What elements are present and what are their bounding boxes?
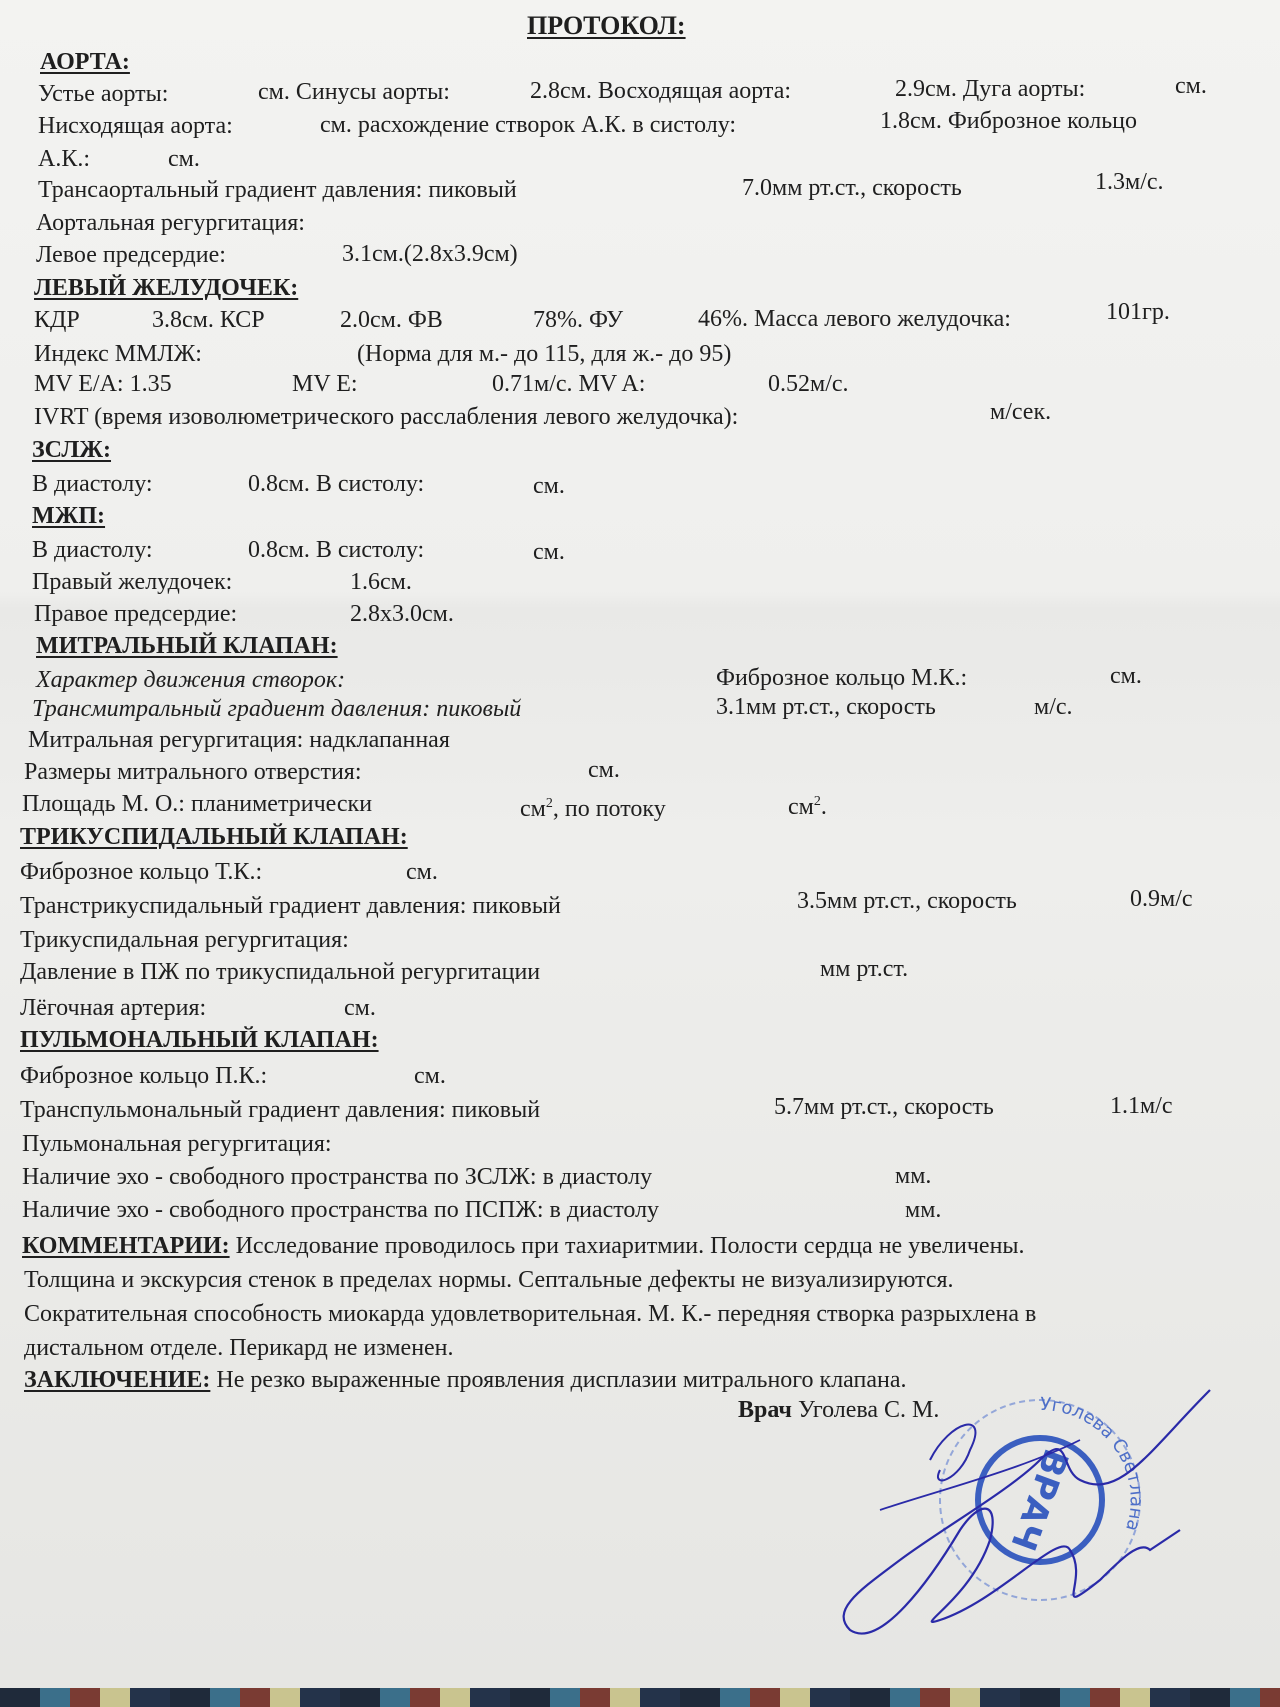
- echo-free-space-rv-label: Наличие эхо - свободного пространства по…: [22, 1196, 659, 1224]
- ivs-systole-unit: см.: [533, 538, 565, 566]
- tricuspid-ring-label: Фиброзное кольцо Т.К.:: [20, 858, 262, 886]
- mitral-orifice-unit: см.: [588, 756, 620, 784]
- mv-e-label: MV E:: [292, 370, 358, 398]
- aortic-regurgitation-label: Аортальная регургитация:: [36, 209, 305, 237]
- mitral-regurgitation: Митральная регургитация: надклапанная: [28, 726, 450, 754]
- transmitral-velocity-unit: м/с.: [1034, 693, 1073, 721]
- aorta-arch-unit: см.: [1175, 72, 1207, 100]
- transmitral-gradient-label: Трансмитральный градиент давления: пиков…: [32, 695, 521, 723]
- tricuspid-ring-unit: см.: [406, 858, 438, 886]
- section-heading-ivs: МЖП:: [32, 502, 105, 530]
- protocol-sheet: ПРОТОКОЛ: АОРТА: Устье аорты: см. Синусы…: [0, 0, 1280, 1690]
- mv-ea-ratio: MV E/A: 1.35: [34, 370, 172, 398]
- right-ventricle-label: Правый желудочек:: [32, 568, 232, 596]
- aorta-descending-unit: см. расхождение створок А.К. в систолу:: [320, 111, 736, 139]
- mitral-area-label: Площадь М. О.: планиметрически: [22, 790, 372, 818]
- comments-line-1: КОММЕНТАРИИ: Исследование проводилось пр…: [22, 1232, 1025, 1260]
- lv-mass-value: 101гр.: [1106, 298, 1170, 326]
- right-atrium-label: Правое предсердие:: [34, 600, 237, 628]
- comments-line-2: Толщина и экскурсия стенок в пределах но…: [24, 1266, 954, 1294]
- right-atrium-value: 2.8x3.0см.: [350, 600, 454, 628]
- transaortic-velocity: 1.3м/с.: [1095, 168, 1164, 196]
- mitral-orifice-label: Размеры митрального отверстия:: [24, 758, 362, 786]
- echo-free-space-lvpw-unit: мм.: [895, 1162, 931, 1190]
- echo-free-space-rv-unit: мм.: [905, 1196, 941, 1224]
- tricuspid-regurgitation-label: Трикуспидальная регургитация:: [20, 926, 349, 954]
- lv-fs-value: 46%. Масса левого желудочка:: [698, 305, 1011, 333]
- signature-role: Врач: [738, 1397, 792, 1423]
- pulmonary-regurgitation-label: Пульмональная регургитация:: [22, 1130, 332, 1158]
- pulmonary-artery-unit: см.: [344, 994, 376, 1022]
- pulmonary-ring-label: Фиброзное кольцо П.К.:: [20, 1062, 267, 1090]
- transtricuspid-gradient-label: Транстрикуспидальный градиент давления: …: [20, 892, 561, 920]
- pulmonary-artery-label: Лёгочная артерия:: [20, 994, 206, 1022]
- aorta-ascending-value: 2.9см. Дуга аорты:: [895, 75, 1085, 103]
- lvpw-diastole-value: 0.8см. В систолу:: [248, 470, 424, 498]
- transaortic-gradient-value: 7.0мм рт.ст., скорость: [742, 174, 962, 202]
- mitral-ring-unit: см.: [1110, 662, 1142, 690]
- mv-a-value: 0.52м/с.: [768, 370, 849, 398]
- section-heading-lv-posterior-wall: ЗСЛЖ:: [32, 436, 111, 464]
- mitral-area-flow-unit: см2.: [788, 788, 827, 821]
- transaortic-gradient-label: Трансаортальный градиент давления: пиков…: [38, 176, 517, 204]
- mitral-ring-label: Фиброзное кольцо М.К.:: [716, 664, 967, 692]
- transtricuspid-gradient-value: 3.5мм рт.ст., скорость: [797, 887, 1017, 915]
- aorta-valve-separation-value: 1.8см. Фиброзное кольцо: [880, 107, 1137, 135]
- section-heading-aorta: АОРТА:: [40, 48, 130, 76]
- left-atrium-value: 3.1см.(2.8x3.9см): [342, 240, 518, 268]
- mv-e-value: 0.71м/с. MV A:: [492, 370, 645, 398]
- conclusion-text: Не резко выраженные проявления дисплазии…: [216, 1367, 906, 1393]
- aortic-ring-label: А.К.:: [38, 145, 90, 173]
- right-ventricle-value: 1.6см.: [350, 568, 412, 596]
- lv-kdr-label: КДР: [34, 306, 80, 334]
- lv-ef-value: 78%. ФУ: [533, 306, 623, 334]
- ivs-diastole-value: 0.8см. В систолу:: [248, 536, 424, 564]
- section-heading-tricuspid-valve: ТРИКУСПИДАЛЬНЫЙ КЛАПАН:: [20, 823, 408, 851]
- echo-free-space-lvpw-label: Наличие эхо - свободного пространства по…: [22, 1163, 652, 1191]
- section-heading-comments: КОММЕНТАРИИ:: [22, 1233, 230, 1259]
- comments-line-3: Сократительная способность миокарда удов…: [24, 1300, 1036, 1328]
- aorta-sinus-value: 2.8см. Восходящая аорта:: [530, 77, 791, 105]
- transmitral-gradient-value: 3.1мм рт.ст., скорость: [716, 693, 936, 721]
- transpulmonary-gradient-value: 5.7мм рт.ст., скорость: [774, 1093, 994, 1121]
- background-fabric: [0, 1688, 1280, 1707]
- handwritten-signature-icon: [820, 1380, 1240, 1650]
- pulmonary-ring-unit: см.: [414, 1062, 446, 1090]
- comments-line-4: дистальном отделе. Перикард не изменен.: [24, 1334, 454, 1362]
- ivs-diastole-label: В диастолу:: [32, 536, 153, 564]
- section-heading-conclusion: ЗАКЛЮЧЕНИЕ:: [24, 1367, 210, 1393]
- mitral-area-planimetric-unit: см2, по потоку: [520, 790, 666, 823]
- lvmm-index-label: Индекс ММЛЖ:: [34, 340, 202, 368]
- lvpw-systole-unit: см.: [533, 472, 565, 500]
- ivrt-unit: м/сек.: [990, 398, 1051, 426]
- page-title: ПРОТОКОЛ:: [527, 12, 686, 40]
- aortic-ring-unit: см.: [168, 145, 200, 173]
- conclusion-line: ЗАКЛЮЧЕНИЕ: Не резко выраженные проявлен…: [24, 1366, 907, 1394]
- lv-kdr-value: 3.8см. КСР: [152, 306, 265, 334]
- section-heading-left-ventricle: ЛЕВЫЙ ЖЕЛУДОЧЕК:: [34, 274, 298, 302]
- lvmm-index-norm: (Норма для м.- до 115, для ж.- до 95): [357, 340, 731, 368]
- transpulmonary-velocity: 1.1м/с: [1110, 1092, 1173, 1120]
- lv-ksr-value: 2.0см. ФВ: [340, 306, 443, 334]
- lvpw-diastole-label: В диастолу:: [32, 470, 153, 498]
- rv-pressure-unit: мм рт.ст.: [820, 955, 908, 983]
- transtricuspid-velocity: 0.9м/с: [1130, 885, 1193, 913]
- transpulmonary-gradient-label: Транспульмональный градиент давления: пи…: [20, 1096, 540, 1124]
- ivrt-label: IVRT (время изоволюметрического расслабл…: [34, 403, 738, 431]
- rv-pressure-label: Давление в ПЖ по трикуспидальной регурги…: [20, 958, 540, 986]
- aorta-ostium-unit: см. Синусы аорты:: [258, 78, 450, 106]
- aorta-ostium-label: Устье аорты:: [38, 80, 168, 108]
- section-heading-mitral-valve: МИТРАЛЬНЫЙ КЛАПАН:: [36, 632, 338, 660]
- section-heading-pulmonary-valve: ПУЛЬМОНАЛЬНЫЙ КЛАПАН:: [20, 1026, 379, 1054]
- aorta-descending-label: Нисходящая аорта:: [38, 112, 233, 140]
- left-atrium-label: Левое предсердие:: [36, 241, 226, 269]
- mitral-leaflet-motion-label: Характер движения створок:: [36, 666, 345, 694]
